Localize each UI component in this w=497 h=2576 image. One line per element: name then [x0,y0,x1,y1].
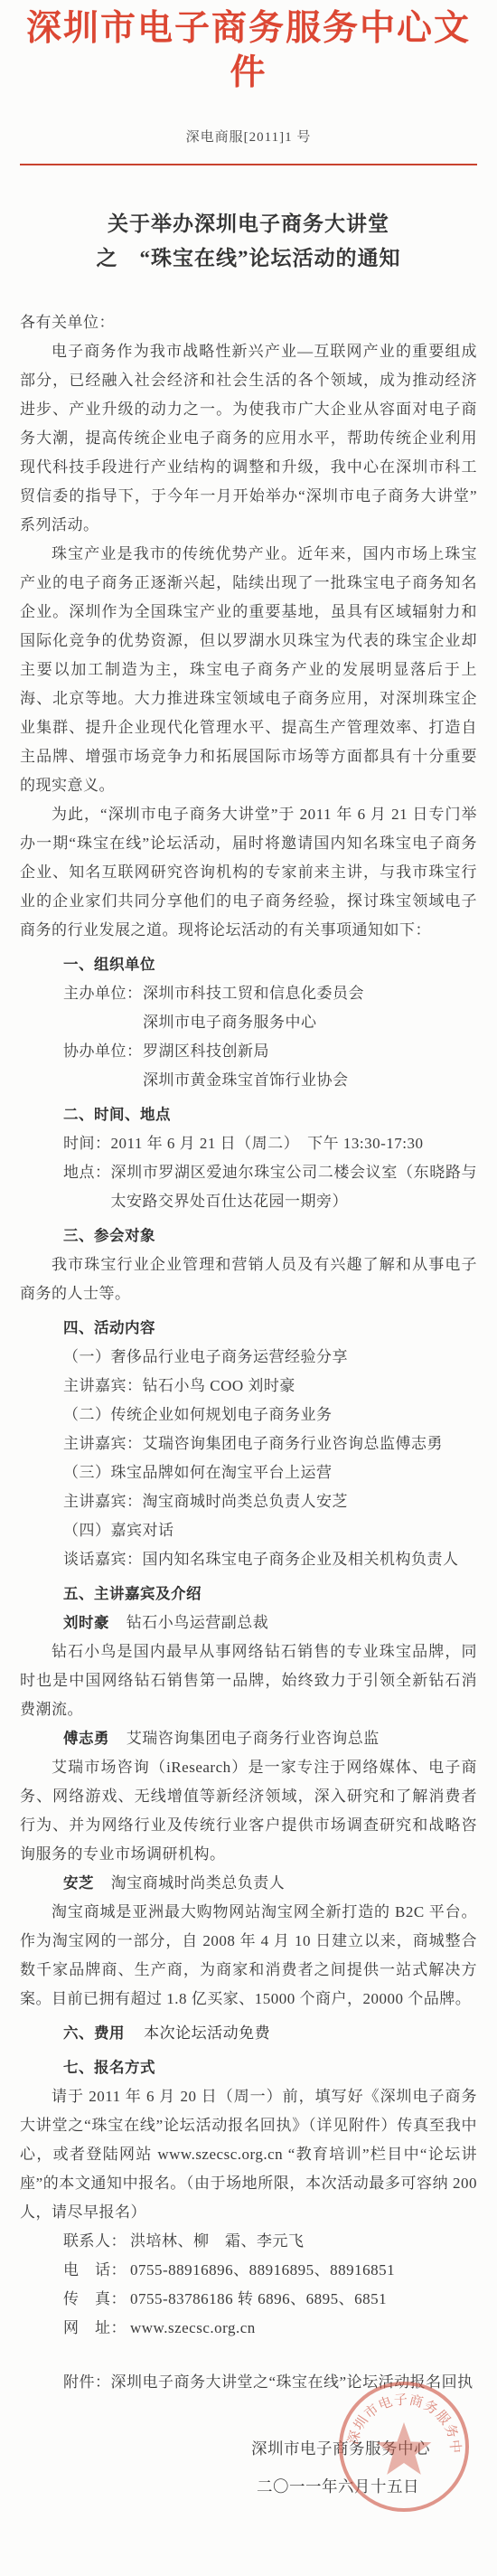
org-label [63,1066,143,1095]
speaker-title: 艾瑞咨询集团电子商务行业咨询总监 [127,1730,380,1747]
activity-guest: 主讲嘉宾：艾瑞咨询集团电子商务行业咨询总监傅志勇 [20,1430,477,1458]
contact-value: 0755-88916896、88916895、88916851 [130,2256,477,2285]
speaker-name: 刘时豪 [63,1615,109,1631]
activity-guest: 主讲嘉宾：钻石小鸟 COO 刘时豪 [20,1372,477,1401]
org-line: 协办单位： 罗湖区科技创新局 [20,1037,477,1066]
place-label: 地点： [63,1158,111,1216]
speaker-line: 傅志勇 艾瑞咨询集团电子商务行业咨询总监 [20,1724,477,1753]
org-value: 深圳市科技工贸和信息化委员会 [143,979,477,1008]
place-value: 深圳市罗湖区爱迪尔珠宝公司二楼会议室（东晓路与太安路交界处百仕达花园一期旁） [111,1158,478,1216]
speaker-bio: 钻石小鸟是国内最早从事网络钻石销售的专业珠宝品牌，同时也是中国网络钻石销售第一品… [20,1637,477,1724]
intro-paragraph-1: 电子商务作为我市战略性新兴产业—互联网产业的重要组成部分，已经融入社会经济和社会… [20,337,477,540]
salutation: 各有关单位： [20,308,477,337]
signature-date: 二〇一一年六月十五日 [20,2467,430,2505]
contact-label: 联系人： [63,2227,130,2256]
org-value: 深圳市电子商务服务中心 [143,1008,477,1037]
place-line: 地点： 深圳市罗湖区爱迪尔珠宝公司二楼会议室（东晓路与太安路交界处百仕达花园一期… [20,1158,477,1216]
speaker-name: 安芝 [63,1875,94,1892]
speaker-title: 淘宝商城时尚类总负责人 [111,1874,286,1892]
speaker-bio: 淘宝商城是亚洲最大购物网站淘宝网全新打造的 B2C 平台。作为淘宝网的一部分，自… [20,1898,477,2014]
speaker-bio: 艾瑞市场咨询（iResearch）是一家专注于网络媒体、电子商务、网络游戏、无线… [20,1753,477,1869]
contact-label: 电 话： [63,2256,130,2285]
section-heading-organizers: 一、组织单位 [20,950,477,979]
section-heading-activities: 四、活动内容 [20,1314,477,1343]
attachment-text: 深圳电子商务大讲堂之“珠宝在线”论坛活动报名回执 [111,2368,478,2397]
section-heading-registration: 七、报名方式 [20,2053,477,2082]
attendees-text: 我市珠宝行业企业管理和营销人员及有兴趣了解和从事电子商务的人士等。 [20,1250,477,1308]
fee-text: 本次论坛活动免费 [144,2024,270,2042]
activity-topic: （一）奢侈品行业电子商务运营经验分享 [20,1343,477,1372]
section-heading-attendees: 三、参会对象 [20,1222,477,1250]
contact-line: 网 址： www.szecsc.org.cn [20,2314,477,2343]
attachment-label: 附件： [63,2368,111,2397]
document-body: 各有关单位： 电子商务作为我市战略性新兴产业—互联网产业的重要组成部分，已经融入… [20,308,477,2505]
contact-label: 传 真： [63,2285,130,2314]
attachment-line: 附件： 深圳电子商务大讲堂之“珠宝在线”论坛活动报名回执 [20,2368,477,2397]
speaker-title: 钻石小鸟运营副总裁 [127,1614,269,1631]
org-label: 协办单位： [63,1037,143,1066]
intro-paragraph-2: 珠宝产业是我市的传统优势产业。近年来，国内市场上珠宝产业的电子商务正逐渐兴起，陆… [20,540,477,800]
signature-org: 深圳市电子商务服务中心 [20,2430,430,2467]
contact-value: 0755-83786186 转 6896、6895、6851 [130,2285,477,2314]
red-divider [20,164,477,165]
fee-heading: 六、费用 [63,2025,125,2042]
section-heading-speakers: 五、主讲嘉宾及介绍 [20,1580,477,1609]
doc-title-line1: 关于举办深圳电子商务大讲堂 [20,207,477,241]
org-value: 罗湖区科技创新局 [143,1037,477,1066]
document-page: 深圳市电子商务服务中心文件 深电商服[2011]1 号 关于举办深圳电子商务大讲… [0,0,497,2576]
activity-guest: 主讲嘉宾：淘宝商城时尚类总负责人安芝 [20,1487,477,1516]
contact-line: 联系人： 洪培林、柳 霜、李元飞 [20,2227,477,2256]
letterhead-title: 深圳市电子商务服务中心文件 [20,7,477,96]
registration-paragraph: 请于 2011 年 6 月 20 日（周一）前，填写好《深圳电子商务大讲堂之“珠… [20,2082,477,2227]
doc-title-line2: 之 “珠宝在线”论坛活动的通知 [20,241,477,276]
contact-value: www.szecsc.org.cn [130,2314,477,2343]
section-heading-fee: 六、费用 本次论坛活动免费 [20,2019,477,2048]
contact-line: 电 话： 0755-88916896、88916895、88916851 [20,2256,477,2285]
org-label: 主办单位： [63,979,143,1008]
contact-line: 传 真： 0755-83786186 转 6896、6895、6851 [20,2285,477,2314]
time-line: 时间： 2011 年 6 月 21 日（周二） 下午 13:30-17:30 [20,1129,477,1158]
time-label: 时间： [63,1129,111,1158]
speaker-name: 傅志勇 [63,1731,109,1747]
signature-block: 深圳市电子商务服务中心 二〇一一年六月十五日 深圳市电子商务服务中心 [20,2430,477,2505]
speaker-line: 刘时豪 钻石小鸟运营副总裁 [20,1609,477,1637]
contact-value: 洪培林、柳 霜、李元飞 [130,2227,477,2256]
org-label [63,1008,143,1037]
speaker-line: 安芝 淘宝商城时尚类总负责人 [20,1869,477,1898]
activity-topic: （三）珠宝品牌如何在淘宝平台上运营 [20,1458,477,1487]
intro-paragraph-3: 为此，“深圳市电子商务大讲堂”于 2011 年 6 月 21 日专门举办一期“珠… [20,800,477,945]
org-line: 深圳市电子商务服务中心 [20,1008,477,1037]
org-line: 深圳市黄金珠宝首饰行业协会 [20,1066,477,1095]
contact-label: 网 址： [63,2314,130,2343]
org-line: 主办单位： 深圳市科技工贸和信息化委员会 [20,979,477,1008]
org-value: 深圳市黄金珠宝首饰行业协会 [143,1066,477,1095]
doc-number: 深电商服[2011]1 号 [20,127,477,146]
activity-topic: （二）传统企业如何规划电子商务业务 [20,1401,477,1430]
activity-guest: 谈话嘉宾：国内知名珠宝电子商务企业及相关机构负责人 [20,1545,477,1574]
letterhead: 深圳市电子商务服务中心文件 深电商服[2011]1 号 [20,7,477,165]
section-heading-time-place: 二、时间、地点 [20,1100,477,1129]
doc-title: 关于举办深圳电子商务大讲堂 之 “珠宝在线”论坛活动的通知 [20,207,477,276]
time-value: 2011 年 6 月 21 日（周二） 下午 13:30-17:30 [111,1129,478,1158]
activity-topic: （四）嘉宾对话 [20,1516,477,1545]
